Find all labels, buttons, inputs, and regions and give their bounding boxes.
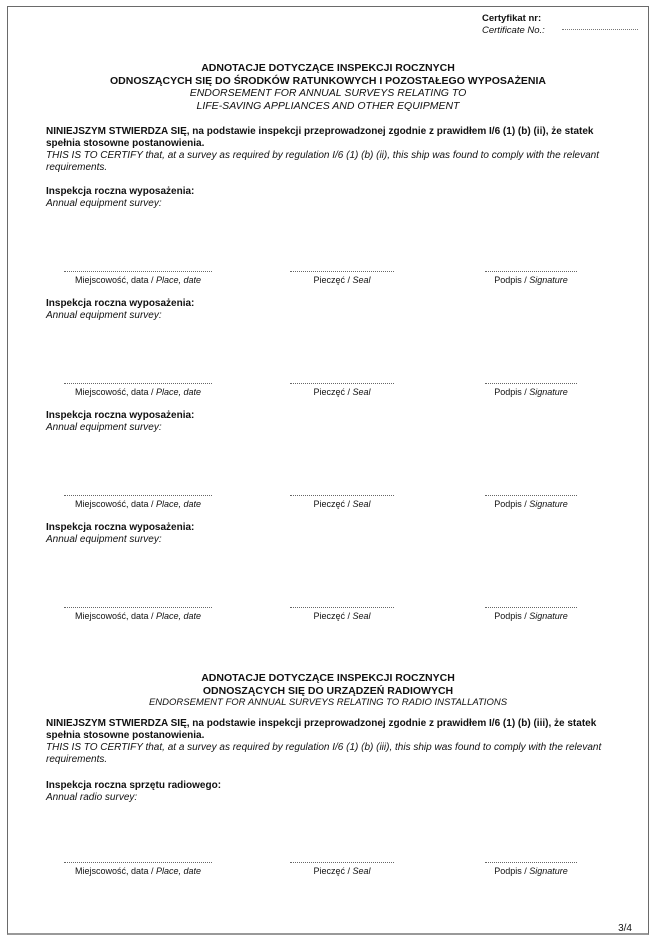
field-label-en: Seal [353, 611, 371, 621]
dotted-line [290, 495, 394, 496]
place-date-field[interactable]: Miejscowość, data / Place, date [63, 862, 213, 877]
section1-title-en-1: ENDORSEMENT FOR ANNUAL SURVEYS RELATING … [0, 87, 656, 100]
field-label-pl: Pieczęć / [313, 387, 352, 397]
field-label-pl: Miejscowość, data / [75, 866, 156, 876]
place-date-field[interactable]: Miejscowość, data / Place, date [63, 271, 213, 286]
dotted-line [290, 271, 394, 272]
field-label-en: Place, date [156, 866, 201, 876]
place-date-field[interactable]: Miejscowość, data / Place, date [63, 607, 213, 622]
place-date-field[interactable]: Miejscowość, data / Place, date [63, 383, 213, 398]
dotted-line [485, 862, 577, 863]
dotted-line [64, 607, 212, 608]
survey-label: Inspekcja roczna sprzętu radiowego:Annua… [46, 780, 221, 804]
section2-title-pl-2: ODNOSZĄCYCH SIĘ DO URZĄDZEŃ RADIOWYCH [0, 685, 656, 698]
field-label-pl: Miejscowość, data / [75, 611, 156, 621]
signature-field[interactable]: Podpis / Signature [470, 607, 592, 622]
field-label-pl: Pieczęć / [313, 275, 352, 285]
survey-label: Inspekcja roczna wyposażenia:Annual equi… [46, 298, 194, 322]
field-label-en: Signature [529, 499, 568, 509]
field-label-pl: Podpis / [494, 499, 529, 509]
field-label-pl: Podpis / [494, 387, 529, 397]
seal-field[interactable]: Pieczęć / Seal [272, 271, 412, 286]
survey-label-pl: Inspekcja roczna wyposażenia: [46, 186, 194, 198]
section2-certify-en-caps: THIS IS TO CERTIFY [46, 742, 143, 753]
field-label-pl: Podpis / [494, 275, 529, 285]
survey-label-en: Annual equipment survey: [46, 534, 194, 546]
dotted-line [64, 862, 212, 863]
field-label-en: Signature [529, 866, 568, 876]
field-label-en: Seal [353, 275, 371, 285]
section1-certify-text: NINIEJSZYM STWIERDZA SIĘ, na podstawie i… [46, 126, 606, 174]
survey-label-pl: Inspekcja roczna wyposażenia: [46, 410, 194, 422]
survey-label-pl: Inspekcja roczna wyposażenia: [46, 522, 194, 534]
dotted-line [290, 862, 394, 863]
dotted-line [64, 271, 212, 272]
survey-label-en: Annual equipment survey: [46, 198, 194, 210]
section1-title: ADNOTACJE DOTYCZĄCE INSPEKCJI ROCZNYCH O… [0, 62, 656, 112]
survey-label-en: Annual radio survey: [46, 792, 221, 804]
field-label-pl: Podpis / [494, 611, 529, 621]
field-label-en: Place, date [156, 499, 201, 509]
field-label-pl: Pieczęć / [313, 499, 352, 509]
dotted-line [64, 495, 212, 496]
seal-field[interactable]: Pieczęć / Seal [272, 383, 412, 398]
section1-title-en-2: LIFE-SAVING APPLIANCES AND OTHER EQUIPME… [0, 100, 656, 113]
survey-label-pl: Inspekcja roczna wyposażenia: [46, 298, 194, 310]
survey-label-en: Annual equipment survey: [46, 310, 194, 322]
field-label-en: Signature [529, 611, 568, 621]
certificate-label-en: Certificate No.: [482, 25, 545, 37]
section1-title-pl-1: ADNOTACJE DOTYCZĄCE INSPEKCJI ROCZNYCH [0, 62, 656, 75]
dotted-line [290, 607, 394, 608]
section2-certify-text: NINIEJSZYM STWIERDZA SIĘ, na podstawie i… [46, 718, 606, 766]
seal-field[interactable]: Pieczęć / Seal [272, 862, 412, 877]
survey-label: Inspekcja roczna wyposażenia:Annual equi… [46, 522, 194, 546]
section2-title-pl-1: ADNOTACJE DOTYCZĄCE INSPEKCJI ROCZNYCH [0, 672, 656, 685]
section1-title-pl-2: ODNOSZĄCYCH SIĘ DO ŚRODKÓW RATUNKOWYCH I… [0, 75, 656, 88]
dotted-line [485, 383, 577, 384]
survey-label: Inspekcja roczna wyposażenia:Annual equi… [46, 410, 194, 434]
section2-certify-pl-bold: NINIEJSZYM STWIERDZA SIĘ, [46, 718, 190, 729]
field-label-en: Seal [353, 387, 371, 397]
field-label-en: Signature [529, 275, 568, 285]
section2-title: ADNOTACJE DOTYCZĄCE INSPEKCJI ROCZNYCH O… [0, 672, 656, 710]
dotted-line [290, 383, 394, 384]
seal-field[interactable]: Pieczęć / Seal [272, 495, 412, 510]
certificate-number-block: Certyfikat nr: Certificate No.: [482, 13, 545, 37]
survey-label-pl: Inspekcja roczna sprzętu radiowego: [46, 780, 221, 792]
field-label-en: Place, date [156, 275, 201, 285]
field-label-pl: Pieczęć / [313, 611, 352, 621]
section1-certify-pl-bold: NINIEJSZYM STWIERDZA SIĘ, [46, 126, 190, 137]
section2-title-en-1: ENDORSEMENT FOR ANNUAL SURVEYS RELATING … [0, 697, 656, 710]
field-label-en: Place, date [156, 387, 201, 397]
field-label-pl: Miejscowość, data / [75, 275, 156, 285]
dotted-line [485, 271, 577, 272]
section1-certify-en-caps: THIS IS TO CERTIFY [46, 150, 143, 161]
seal-field[interactable]: Pieczęć / Seal [272, 607, 412, 622]
field-label-pl: Podpis / [494, 866, 529, 876]
certificate-label-pl: Certyfikat nr: [482, 13, 545, 25]
dotted-line [485, 495, 577, 496]
page-number: 3/4 [618, 923, 632, 934]
field-label-en: Seal [353, 866, 371, 876]
signature-field[interactable]: Podpis / Signature [470, 271, 592, 286]
certificate-number-field[interactable] [562, 25, 638, 30]
survey-label: Inspekcja roczna wyposażenia:Annual equi… [46, 186, 194, 210]
signature-field[interactable]: Podpis / Signature [470, 862, 592, 877]
signature-field[interactable]: Podpis / Signature [470, 383, 592, 398]
survey-label-en: Annual equipment survey: [46, 422, 194, 434]
signature-field[interactable]: Podpis / Signature [470, 495, 592, 510]
field-label-en: Place, date [156, 611, 201, 621]
field-label-pl: Miejscowość, data / [75, 387, 156, 397]
field-label-en: Seal [353, 499, 371, 509]
dotted-line [485, 607, 577, 608]
dotted-line [64, 383, 212, 384]
field-label-pl: Pieczęć / [313, 866, 352, 876]
field-label-pl: Miejscowość, data / [75, 499, 156, 509]
place-date-field[interactable]: Miejscowość, data / Place, date [63, 495, 213, 510]
field-label-en: Signature [529, 387, 568, 397]
